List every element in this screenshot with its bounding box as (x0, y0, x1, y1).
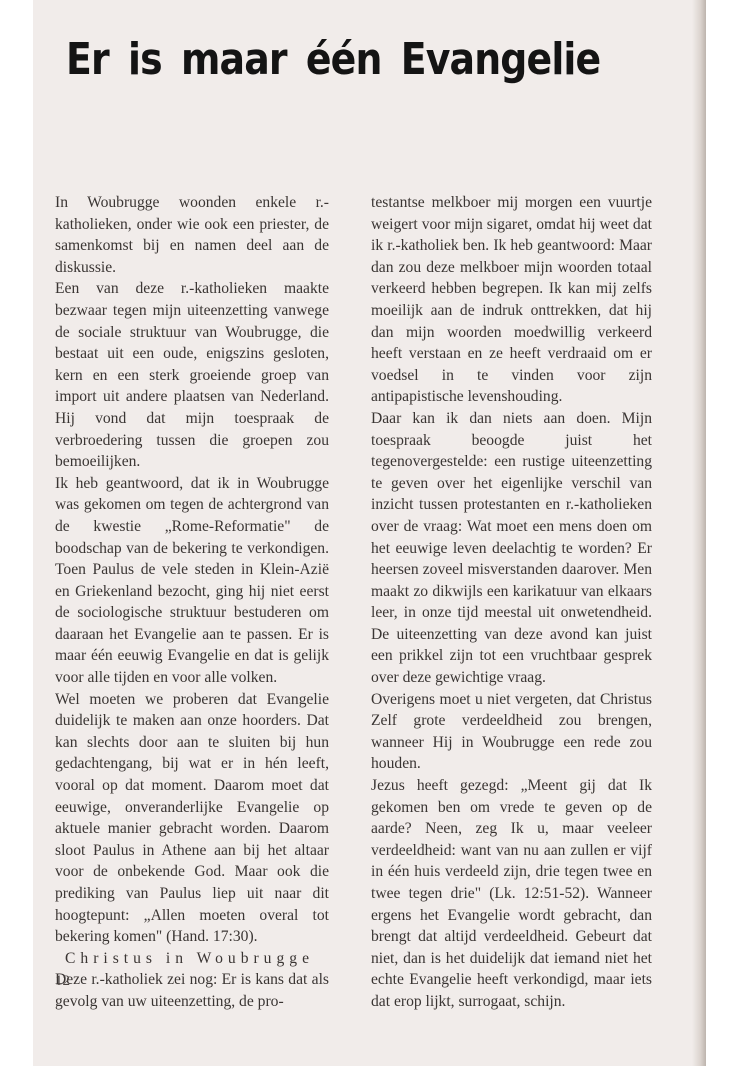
left-column: In Woubrugge woonden enkele r.-katholiek… (55, 192, 329, 1013)
paragraph: Deze r.-katholiek zei nog: Er is kans da… (55, 969, 329, 1012)
paragraph: Wel moeten we proberen dat Evangelie dui… (55, 689, 329, 948)
paragraph: testantse melkboer mij morgen een vuurtj… (371, 192, 652, 408)
paragraph: Overigens moet u niet vergeten, dat Chri… (371, 689, 652, 775)
right-column: testantse melkboer mij morgen een vuurtj… (371, 192, 652, 1013)
paragraph: Een van deze r.-katholieken maakte bezwa… (55, 278, 329, 472)
paragraph: Daar kan ik dan niets aan doen. Mijn toe… (371, 408, 652, 689)
page-number: 12 (55, 973, 70, 990)
page-binding-shadow (692, 0, 706, 1066)
paragraph: Jezus heeft gezegd: „Meent gij dat Ik ge… (371, 775, 652, 1013)
article-title: Er is maar één Evangelie (66, 34, 616, 85)
section-subheading: Christus in Woubrugge (55, 948, 329, 970)
paragraph: In Woubrugge woonden enkele r.-katholiek… (55, 192, 329, 278)
magazine-page: Er is maar één Evangelie In Woubrugge wo… (33, 0, 706, 1066)
paragraph: Ik heb geantwoord, dat ik in Woubrugge w… (55, 473, 329, 689)
